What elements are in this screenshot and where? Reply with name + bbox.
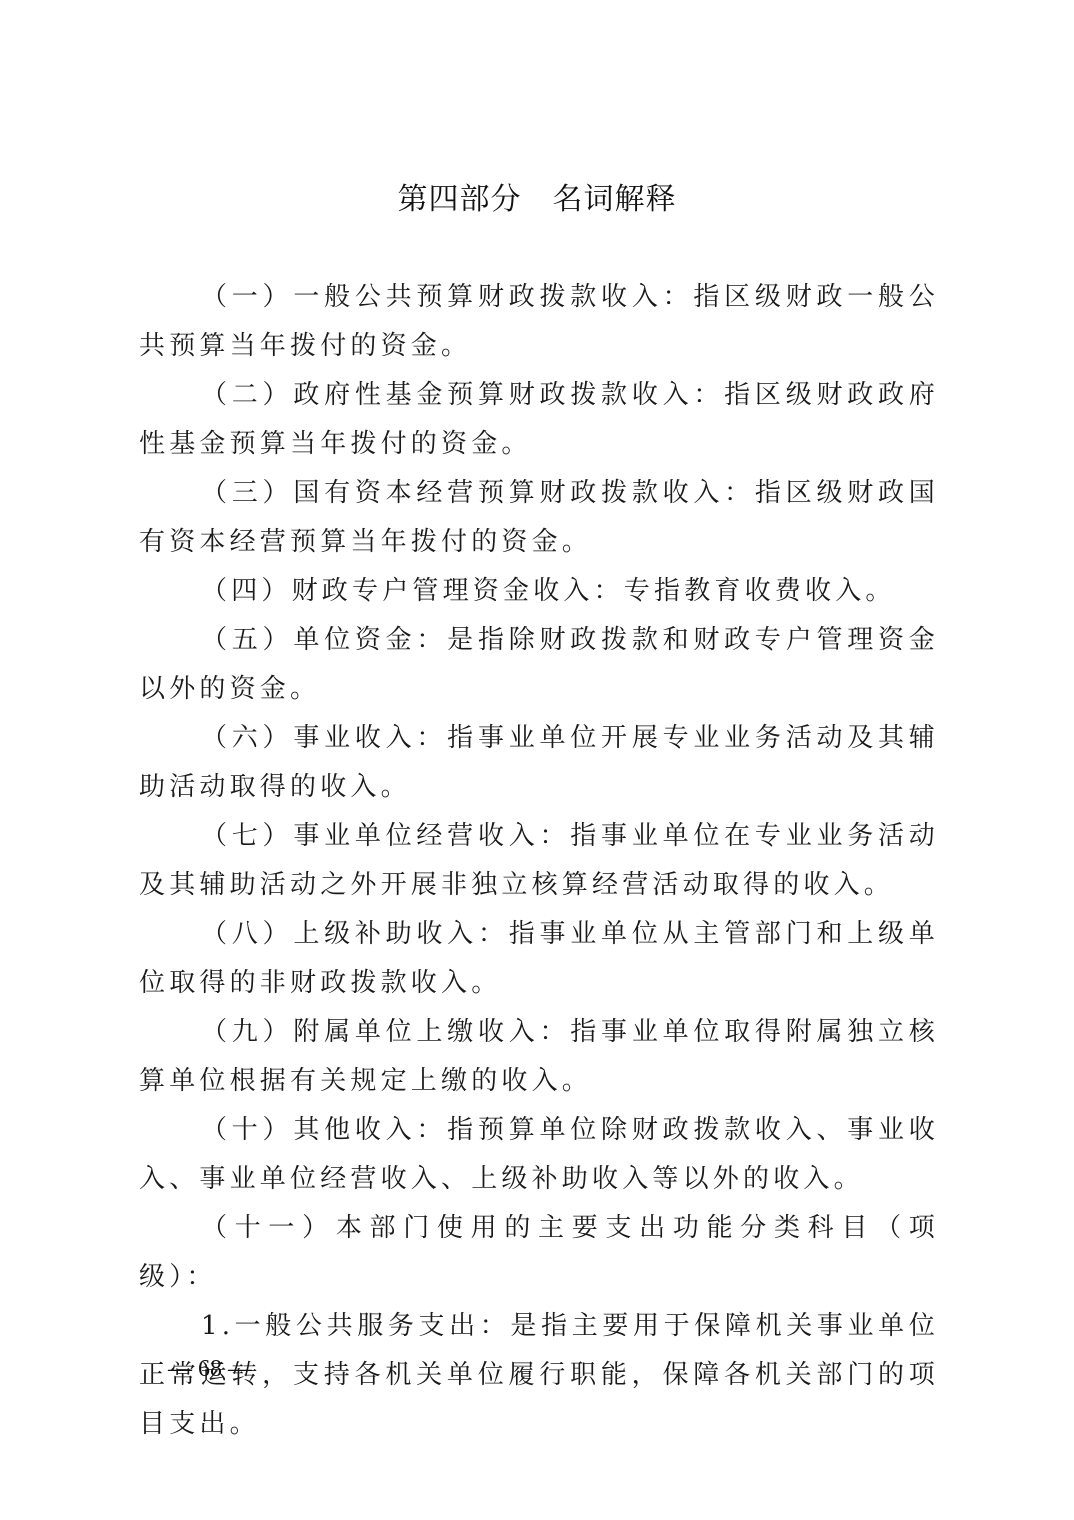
definition-business-income: （六）事业收入：指事业单位开展专业业务活动及其辅助活动取得的收入。 [139,714,939,812]
definition-government-fund-income: （二）政府性基金预算财政拨款收入：指区级财政政府性基金预算当年拨付的资金。 [139,371,939,469]
definition-superior-subsidy-income: （八）上级补助收入：指事业单位从主管部门和上级单位取得的非财政拨款收入。 [139,910,939,1008]
definition-general-budget-income: （一）一般公共预算财政拨款收入：指区级财政一般公共预算当年拨付的资金。 [139,273,939,371]
section-title: 第四部分 名词解释 [0,174,1074,218]
definition-state-capital-income: （三）国有资本经营预算财政拨款收入：指区级财政国有资本经营预算当年拨付的资金。 [139,469,939,567]
page-number: — 68 — [168,1356,252,1383]
document-page: 第四部分 名词解释 （一）一般公共预算财政拨款收入：指区级财政一般公共预算当年拨… [0,0,1074,1520]
heading-expenditure-categories: （十一）本部门使用的主要支出功能分类科目（项级）： [139,1204,939,1302]
definitions-body: （一）一般公共预算财政拨款收入：指区级财政一般公共预算当年拨付的资金。 （二）政… [139,273,939,1449]
definition-subsidiary-remittance-income: （九）附属单位上缴收入：指事业单位取得附属独立核算单位根据有关规定上缴的收入。 [139,1008,939,1106]
definition-operating-income: （七）事业单位经营收入：指事业单位在专业业务活动及其辅助活动之外开展非独立核算经… [139,812,939,910]
definition-fiscal-account-income: （四）财政专户管理资金收入：专指教育收费收入。 [139,567,939,616]
definition-unit-funds: （五）单位资金：是指除财政拨款和财政专户管理资金以外的资金。 [139,616,939,714]
definition-other-income: （十）其他收入：指预算单位除财政拨款收入、事业收入、事业单位经营收入、上级补助收… [139,1106,939,1204]
definition-general-public-services: 1.一般公共服务支出：是指主要用于保障机关事业单位正常运转，支持各机关单位履行职… [139,1302,939,1449]
